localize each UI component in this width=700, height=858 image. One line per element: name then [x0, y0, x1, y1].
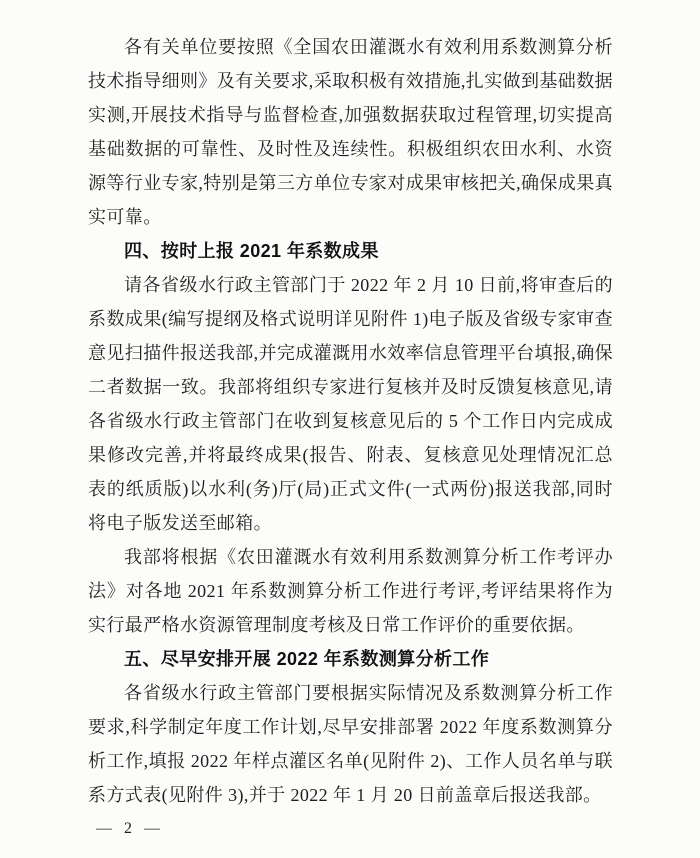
paragraph-submission-deadline-2022: 请各省级水行政主管部门于 2022 年 2 月 10 日前,将审查后的系数成果(…: [88, 268, 613, 540]
section-heading-4-report-2021-results: 四、按时上报 2021 年系数成果: [88, 234, 613, 268]
page-number: — 2 —: [96, 812, 613, 846]
paragraph-2022-work-plan: 各省级水行政主管部门要根据实际情况及系数测算分析工作要求,科学制定年度工作计划,…: [88, 676, 613, 812]
paragraph-evaluation-method: 我部将根据《农田灌溉水有效利用系数测算分析工作考评办法》对各地 2021 年系数…: [88, 540, 613, 642]
document-page: 各有关单位要按照《全国农田灌溉水有效利用系数测算分析技术指导细则》及有关要求,采…: [0, 0, 700, 858]
paragraph-basic-data-requirements: 各有关单位要按照《全国农田灌溉水有效利用系数测算分析技术指导细则》及有关要求,采…: [88, 30, 613, 234]
section-heading-5-arrange-2022-work: 五、尽早安排开展 2022 年系数测算分析工作: [88, 642, 613, 676]
